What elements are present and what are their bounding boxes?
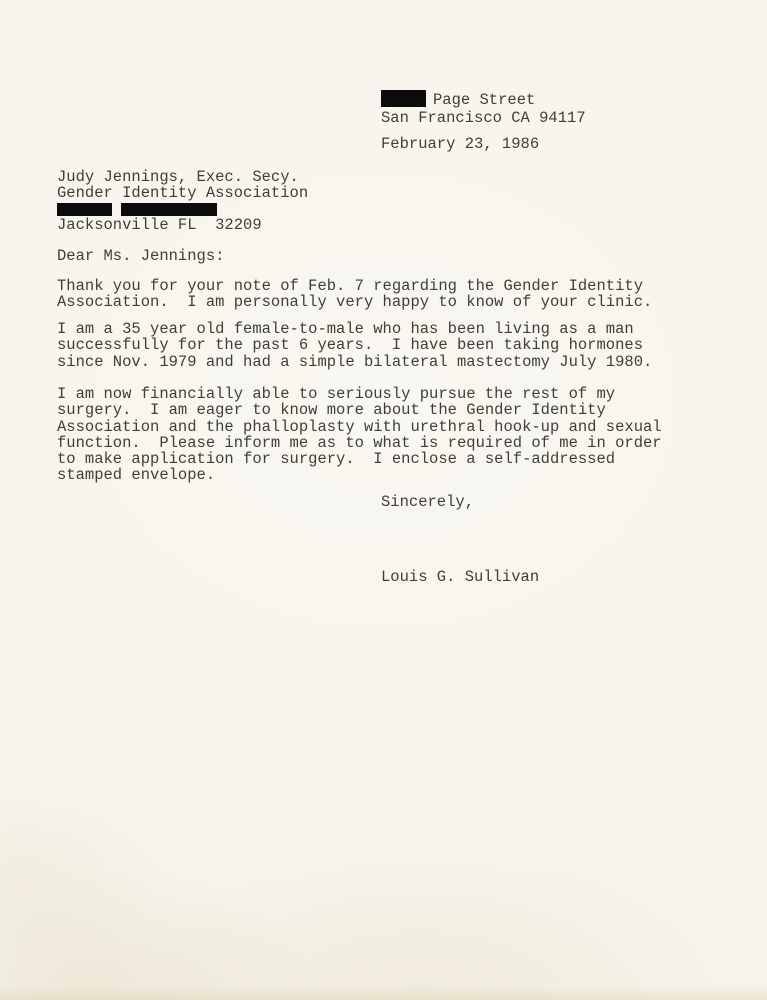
sender-street: Page Street — [433, 91, 535, 109]
redaction-box-street-number — [381, 90, 426, 107]
page-bottom-shadow — [0, 986, 767, 1000]
redaction-box-address-2 — [121, 203, 217, 216]
sender-address-block: Page Street San Francisco CA 94117 — [381, 90, 586, 127]
sender-street-line: Page Street — [381, 90, 586, 109]
salutation: Dear Ms. Jennings: — [57, 248, 224, 265]
body-paragraph-1: Thank you for your note of Feb. 7 regard… — [57, 278, 717, 311]
recipient-city: Jacksonville FL 32209 — [57, 218, 308, 234]
body-paragraph-3: I am now financially able to seriously p… — [57, 386, 717, 484]
recipient-organization: Gender Identity Association — [57, 186, 308, 202]
letter-page: Page Street San Francisco CA 94117 Febru… — [0, 0, 767, 1000]
body-paragraph-2: I am a 35 year old female-to-male who ha… — [57, 321, 717, 370]
letter-date: February 23, 1986 — [381, 136, 539, 153]
signature-name: Louis G. Sullivan — [381, 569, 539, 586]
closing: Sincerely, — [381, 494, 474, 511]
recipient-address-block: Judy Jennings, Exec. Secy. Gender Identi… — [57, 170, 308, 234]
redaction-box-address-1 — [57, 203, 112, 216]
sender-city: San Francisco CA 94117 — [381, 109, 586, 127]
